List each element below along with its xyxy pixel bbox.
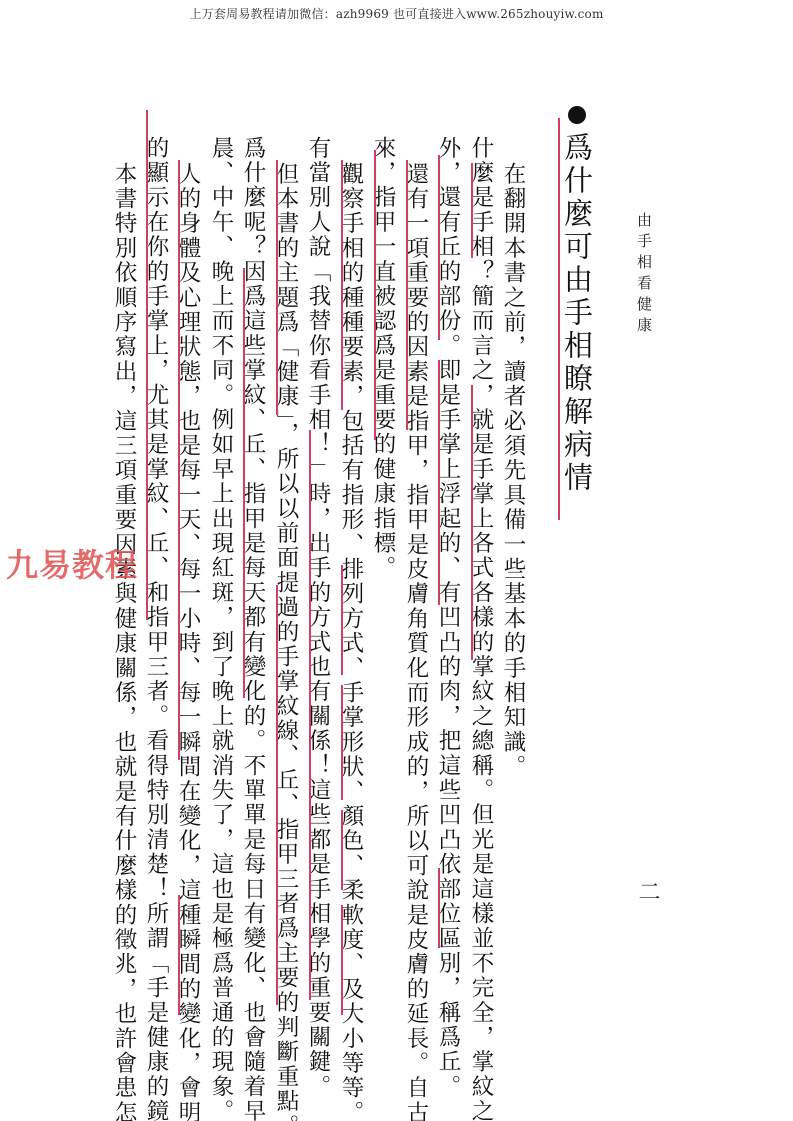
annotation-line [243, 268, 245, 698]
annotation-line [438, 360, 440, 605]
annotation-line [471, 163, 473, 258]
text-column-9: 爲什麼呢？因爲這些掌紋、丘、指甲是每天都有變化的。不單單是每日有變化、也會隨着早 [237, 136, 269, 1096]
text-column-8: 但本書的主題爲「健康」，所以以前面提過的手掌紋線、丘、指甲三者爲主要的判斷重點。 [270, 162, 302, 1121]
page-number: 二 [632, 880, 663, 902]
text-column-10: 晨、中午、晚上而不同。例如早上出現紅斑，到了晚上就消失了，這也是極爲普通的現象。 [205, 136, 237, 1096]
annotation-line [374, 150, 376, 440]
annotation-line [471, 385, 473, 660]
page-title: 爲什麼可由手相瞭解病情 [560, 106, 594, 495]
text-column-1: 在翻開本書之前，讀者必須先具備一些基本的手相知識。 [497, 162, 529, 1121]
running-head: 由手相看健康 [634, 212, 655, 338]
annotation-line [276, 585, 278, 1005]
text-column-4: 還有一項重要的因素是指甲，指甲是皮膚角質化而形成的，所以可說是皮膚的延長。自古以 [400, 162, 432, 1121]
bullet-icon [568, 106, 586, 124]
text-column-11: 人的身體及心理狀態，也是每一天、每一小時、每一瞬間在變化，這種瞬間的變化，會明顯 [172, 162, 204, 1121]
text-column-5: 來，指甲一直被認爲是重要的健康指標。 [367, 136, 399, 1096]
page-title-text: 爲什麼可由手相瞭解病情 [560, 132, 594, 495]
annotation-line [438, 868, 440, 948]
annotation-line [178, 160, 180, 760]
annotation-line [438, 155, 440, 340]
annotation-line [341, 160, 343, 410]
annotation-line [178, 895, 180, 1015]
text-column-13: 本書特別依順序寫出，這三項重要因素與健康關係，也就是有什麼樣的徵兆，也許會患怎麼… [108, 162, 140, 1121]
text-column-3: 外，還有丘的部份。即是手掌上浮起的、有凹凸的肉，把這些凹凸依部位區別，稱爲丘。 [432, 136, 464, 1096]
annotation-line [341, 905, 343, 1015]
annotation-line [406, 160, 408, 430]
annotation-line [341, 565, 343, 675]
text-column-7: 有當別人說「我替你看手相！」時，出手的方式也有關係！這些都是手相學的重要關鍵。 [302, 136, 334, 1096]
text-column-6: 觀察手相的種種要素，包括有指形、排列方式、手掌形狀、顏色、柔軟度、及大小等等。還 [335, 162, 367, 1121]
watermark-stamp: 九易教程 [6, 540, 138, 586]
text-column-12: 的顯示在你的手掌上，尤其是掌紋、丘、和指甲三者。看得特別清楚！所謂「手是健康的鏡… [140, 136, 172, 1096]
watermark-banner: 上万套周易教程请加微信：azh9969 也可直接进入www.265zhouyiw… [0, 5, 793, 22]
annotation-line [309, 430, 311, 1000]
annotation-line [276, 160, 278, 415]
annotation-line [341, 810, 343, 890]
text-column-2: 什麼是手相？簡而言之，就是手掌上各式各樣的掌紋之總稱。但光是這樣並不完全，掌紋之 [465, 136, 497, 1096]
annotation-line [146, 110, 148, 620]
annotation-line [341, 685, 343, 800]
